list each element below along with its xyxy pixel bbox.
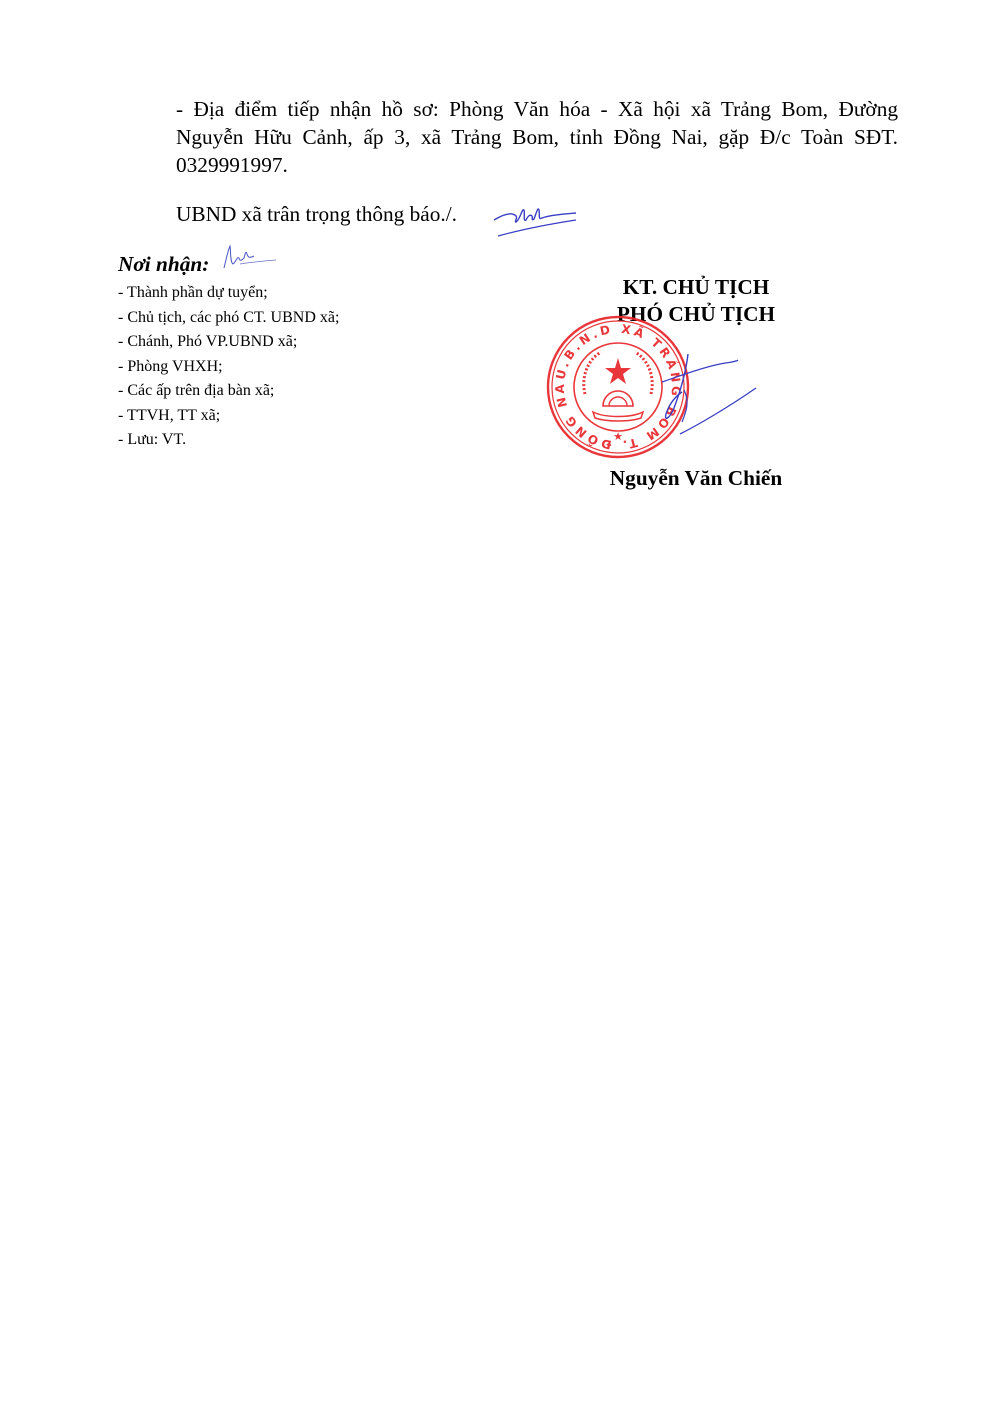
signature-block: KT. CHỦ TỊCH PHÓ CHỦ TỊCH — [596, 274, 796, 328]
recipient-item: - Chủ tịch, các phó CT. UBND xã; — [118, 306, 339, 331]
address-line-1: - Địa điểm tiếp nhận hồ sơ: Phòng Văn hó… — [118, 95, 898, 123]
address-paragraph: - Địa điểm tiếp nhận hồ sơ: Phòng Văn hó… — [118, 95, 898, 179]
official-seal-icon: U.B.N.D XÃ TRẢNG BOM T. ĐỒNG NAI ★ — [545, 314, 691, 460]
signature-title-line-1: KT. CHỦ TỊCH — [596, 274, 796, 301]
recipients-title: Nơi nhận: — [118, 250, 209, 278]
initial-signature-icon — [490, 200, 580, 242]
closing-statement: UBND xã trân trọng thông báo./. — [176, 200, 457, 228]
recipient-item: - TTVH, TT xã; — [118, 404, 339, 429]
address-line-3: 0329991997. — [118, 151, 898, 179]
handwritten-signature-icon — [660, 352, 770, 452]
recipient-item: - Thành phần dự tuyển; — [118, 281, 339, 306]
signature-title-line-2: PHÓ CHỦ TỊCH — [596, 301, 796, 328]
recipients-initial-icon — [218, 242, 278, 272]
document-page: - Địa điểm tiếp nhận hồ sơ: Phòng Văn hó… — [0, 0, 992, 1403]
recipients-list: - Thành phần dự tuyển; - Chủ tịch, các p… — [118, 281, 339, 453]
recipient-item: - Lưu: VT. — [118, 428, 339, 453]
recipient-item: - Các ấp trên địa bàn xã; — [118, 379, 339, 404]
svg-text:★: ★ — [613, 430, 623, 443]
signer-name: Nguyễn Văn Chiến — [596, 464, 796, 492]
address-line-2: Nguyễn Hữu Cảnh, ấp 3, xã Trảng Bom, tỉn… — [118, 123, 898, 151]
svg-text:U.B.N.D XÃ TRẢNG BOM T. ĐỒNG N: U.B.N.D XÃ TRẢNG BOM T. ĐỒNG NAI — [545, 314, 683, 452]
recipient-item: - Phòng VHXH; — [118, 355, 339, 380]
recipient-item: - Chánh, Phó VP.UBND xã; — [118, 330, 339, 355]
